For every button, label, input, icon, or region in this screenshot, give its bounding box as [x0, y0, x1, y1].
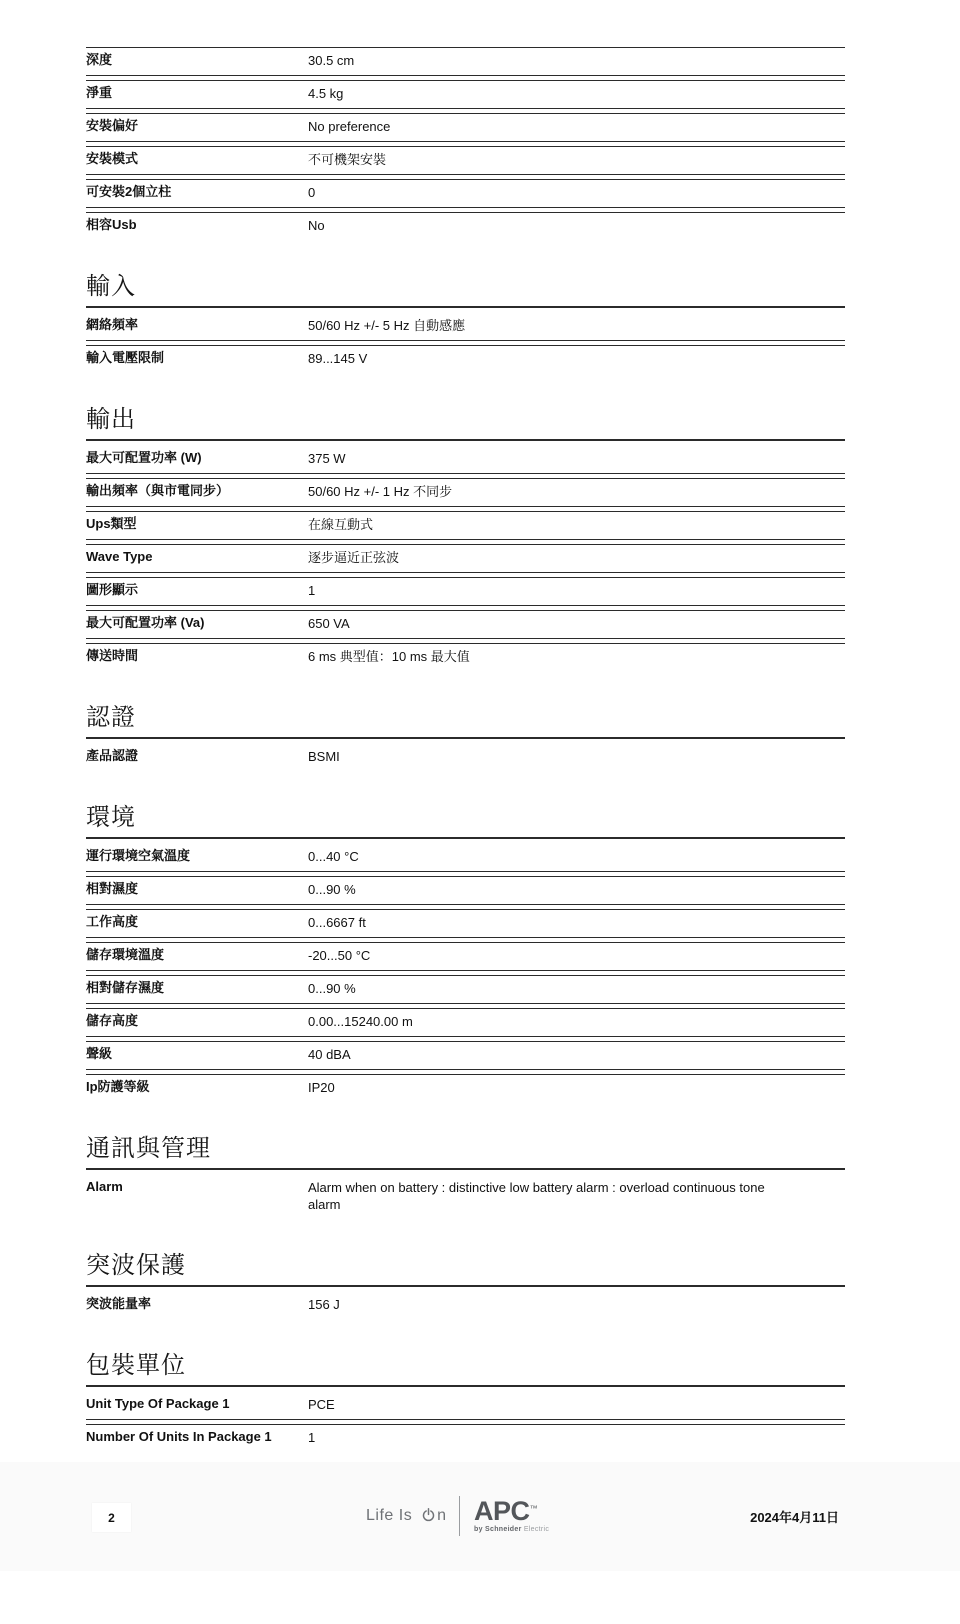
spec-value: 50/60 Hz +/- 1 Hz 不同步 [308, 483, 794, 500]
section-title: 包裝單位 [86, 1353, 845, 1387]
section-rows: 運行環境空氣溫度0...40 °C相對濕度0...90 %工作高度0...666… [86, 839, 845, 1102]
spec-value: 0.00...15240.00 m [308, 1013, 794, 1030]
spec-value: 50/60 Hz +/- 5 Hz 自動感應 [308, 317, 794, 334]
spec-value: 375 W [308, 450, 794, 467]
apc-wordmark: APC™ [474, 1499, 537, 1523]
spec-row: Ups類型在線互動式 [86, 511, 845, 540]
spec-section: 通訊與管理AlarmAlarm when on battery : distin… [86, 1136, 845, 1219]
section-rows: 最大可配置功率 (W)375 W輸出頻率（與市電同步）50/60 Hz +/- … [86, 441, 845, 671]
section-title: 認證 [86, 705, 845, 739]
spec-label: 安裝偏好 [86, 118, 308, 134]
spec-label: 淨重 [86, 85, 308, 101]
spec-sections: 深度30.5 cm淨重4.5 kg安裝偏好No preference安裝模式不可… [86, 47, 845, 1452]
spec-value: 0...6667 ft [308, 914, 794, 931]
spec-label: 深度 [86, 52, 308, 68]
section-rows: 網絡頻率50/60 Hz +/- 5 Hz 自動感應輸入電壓限制89...145… [86, 308, 845, 373]
spec-value: 0 [308, 184, 794, 201]
section-rows: Unit Type Of Package 1PCENumber Of Units… [86, 1387, 845, 1452]
spec-value: Alarm when on battery : distinctive low … [308, 1179, 794, 1213]
electric-text: Electric [522, 1526, 550, 1533]
spec-label: 工作高度 [86, 914, 308, 930]
spec-row: Number Of Units In Package 11 [86, 1424, 845, 1452]
spec-row: 圖形顯示1 [86, 577, 845, 606]
spec-label: Ip防護等級 [86, 1079, 308, 1095]
spec-section: 輸入網絡頻率50/60 Hz +/- 5 Hz 自動感應輸入電壓限制89...1… [86, 274, 845, 373]
spec-row: 淨重4.5 kg [86, 80, 845, 109]
spec-row: 儲存環境溫度-20...50 °C [86, 942, 845, 971]
spec-row: 輸出頻率（與市電同步）50/60 Hz +/- 1 Hz 不同步 [86, 478, 845, 507]
spec-section: 輸出最大可配置功率 (W)375 W輸出頻率（與市電同步）50/60 Hz +/… [86, 407, 845, 671]
spec-value: 0...90 % [308, 881, 794, 898]
power-icon [421, 1507, 436, 1523]
life-is-on-wordmark: Life Is n [366, 1507, 447, 1525]
spec-label: 聲級 [86, 1046, 308, 1062]
spec-label: 儲存環境溫度 [86, 947, 308, 963]
spec-row: AlarmAlarm when on battery : distinctive… [86, 1170, 845, 1219]
spec-section: 突波保護突波能量率156 J [86, 1253, 845, 1319]
spec-label: 圖形顯示 [86, 582, 308, 598]
spec-label: Alarm [86, 1179, 308, 1195]
spec-section: 深度30.5 cm淨重4.5 kg安裝偏好No preference安裝模式不可… [86, 47, 845, 240]
spec-row: 安裝模式不可機架安裝 [86, 146, 845, 175]
spec-row: Wave Type逐步逼近正弦波 [86, 544, 845, 573]
by-schneider-text: by Schneider [474, 1526, 522, 1533]
spec-value: 在線互動式 [308, 516, 794, 533]
spec-label: 運行環境空氣溫度 [86, 848, 308, 864]
spec-label: 網絡頻率 [86, 317, 308, 333]
spec-section: 環境運行環境空氣溫度0...40 °C相對濕度0...90 %工作高度0...6… [86, 805, 845, 1102]
spec-row: 可安裝2個立柱0 [86, 179, 845, 208]
spec-row: 工作高度0...6667 ft [86, 909, 845, 938]
spec-value: BSMI [308, 748, 794, 765]
schneider-electric-subline: by Schneider Electric [474, 1526, 549, 1533]
spec-label: 可安裝2個立柱 [86, 184, 308, 200]
spec-value: 156 J [308, 1296, 794, 1313]
spec-row: 產品認證BSMI [86, 739, 845, 771]
spec-value: 0...40 °C [308, 848, 794, 865]
section-title: 環境 [86, 805, 845, 839]
spec-value: 逐步逼近正弦波 [308, 549, 794, 566]
spec-row: Unit Type Of Package 1PCE [86, 1387, 845, 1420]
spec-row: 最大可配置功率 (Va)650 VA [86, 610, 845, 639]
section-title: 輸入 [86, 274, 845, 308]
spec-label: 最大可配置功率 (Va) [86, 615, 308, 631]
tagline-prefix: Life Is [366, 1507, 417, 1525]
spec-label: 最大可配置功率 (W) [86, 450, 308, 466]
spec-row: Ip防護等級IP20 [86, 1074, 845, 1102]
spec-value: No preference [308, 118, 794, 135]
spec-value: No [308, 217, 794, 234]
spec-row: 深度30.5 cm [86, 47, 845, 76]
spec-value: 6 ms 典型值：10 ms 最大值 [308, 648, 794, 665]
page-number: 2 [92, 1503, 131, 1532]
spec-value: IP20 [308, 1079, 794, 1096]
spec-row: 儲存高度0.00...15240.00 m [86, 1008, 845, 1037]
spec-label: 相容Usb [86, 217, 308, 233]
spec-value: 1 [308, 582, 794, 599]
spec-value: 1 [308, 1429, 794, 1446]
section-rows: 產品認證BSMI [86, 739, 845, 771]
spec-value: PCE [308, 1396, 794, 1413]
section-rows: 突波能量率156 J [86, 1287, 845, 1319]
spec-value: 30.5 cm [308, 52, 794, 69]
apc-text: APC [474, 1496, 530, 1526]
footer-date: 2024年4月11日 [750, 1507, 839, 1526]
spec-row: 相容UsbNo [86, 212, 845, 240]
spec-label: Wave Type [86, 549, 308, 565]
spec-label: Number Of Units In Package 1 [86, 1429, 308, 1445]
spec-section: 包裝單位Unit Type Of Package 1PCENumber Of U… [86, 1353, 845, 1452]
spec-value: -20...50 °C [308, 947, 794, 964]
spec-section: 認證產品認證BSMI [86, 705, 845, 771]
spec-value: 89...145 V [308, 350, 794, 367]
apc-logo: APC™ by Schneider Electric [474, 1499, 549, 1533]
spec-row: 相對濕度0...90 % [86, 876, 845, 905]
spec-row: 傳送時間6 ms 典型值：10 ms 最大值 [86, 643, 845, 671]
spec-label: Ups類型 [86, 516, 308, 532]
spec-value: 4.5 kg [308, 85, 794, 102]
brand-logo: Life Is n APC™ by Schneider Electric [366, 1492, 549, 1540]
spec-row: 運行環境空氣溫度0...40 °C [86, 839, 845, 872]
tagline-suffix: n [437, 1507, 446, 1525]
spec-value: 650 VA [308, 615, 794, 632]
spec-row: 聲級40 dBA [86, 1041, 845, 1070]
spec-row: 最大可配置功率 (W)375 W [86, 441, 845, 474]
apc-trademark-icon: ™ [530, 1504, 538, 1513]
spec-label: 突波能量率 [86, 1296, 308, 1312]
spec-label: 輸入電壓限制 [86, 350, 308, 366]
spec-label: Unit Type Of Package 1 [86, 1396, 308, 1412]
section-rows: AlarmAlarm when on battery : distinctive… [86, 1170, 845, 1219]
spec-label: 傳送時間 [86, 648, 308, 664]
spec-row: 輸入電壓限制89...145 V [86, 345, 845, 373]
spec-label: 相對儲存濕度 [86, 980, 308, 996]
spec-value: 0...90 % [308, 980, 794, 997]
brand-divider [459, 1496, 461, 1536]
section-title: 輸出 [86, 407, 845, 441]
spec-row: 安裝偏好No preference [86, 113, 845, 142]
section-title: 突波保護 [86, 1253, 845, 1287]
section-title: 通訊與管理 [86, 1136, 845, 1170]
spec-label: 安裝模式 [86, 151, 308, 167]
spec-value: 不可機架安裝 [308, 151, 794, 168]
spec-row: 相對儲存濕度0...90 % [86, 975, 845, 1004]
spec-label: 產品認證 [86, 748, 308, 764]
section-rows: 深度30.5 cm淨重4.5 kg安裝偏好No preference安裝模式不可… [86, 47, 845, 240]
spec-value: 40 dBA [308, 1046, 794, 1063]
spec-label: 相對濕度 [86, 881, 308, 897]
spec-label: 輸出頻率（與市電同步） [86, 483, 308, 499]
footer-band: 2 Life Is n APC™ by Schneider Electric 2… [0, 1462, 960, 1571]
spec-label: 儲存高度 [86, 1013, 308, 1029]
spec-row: 突波能量率156 J [86, 1287, 845, 1319]
spec-row: 網絡頻率50/60 Hz +/- 5 Hz 自動感應 [86, 308, 845, 341]
